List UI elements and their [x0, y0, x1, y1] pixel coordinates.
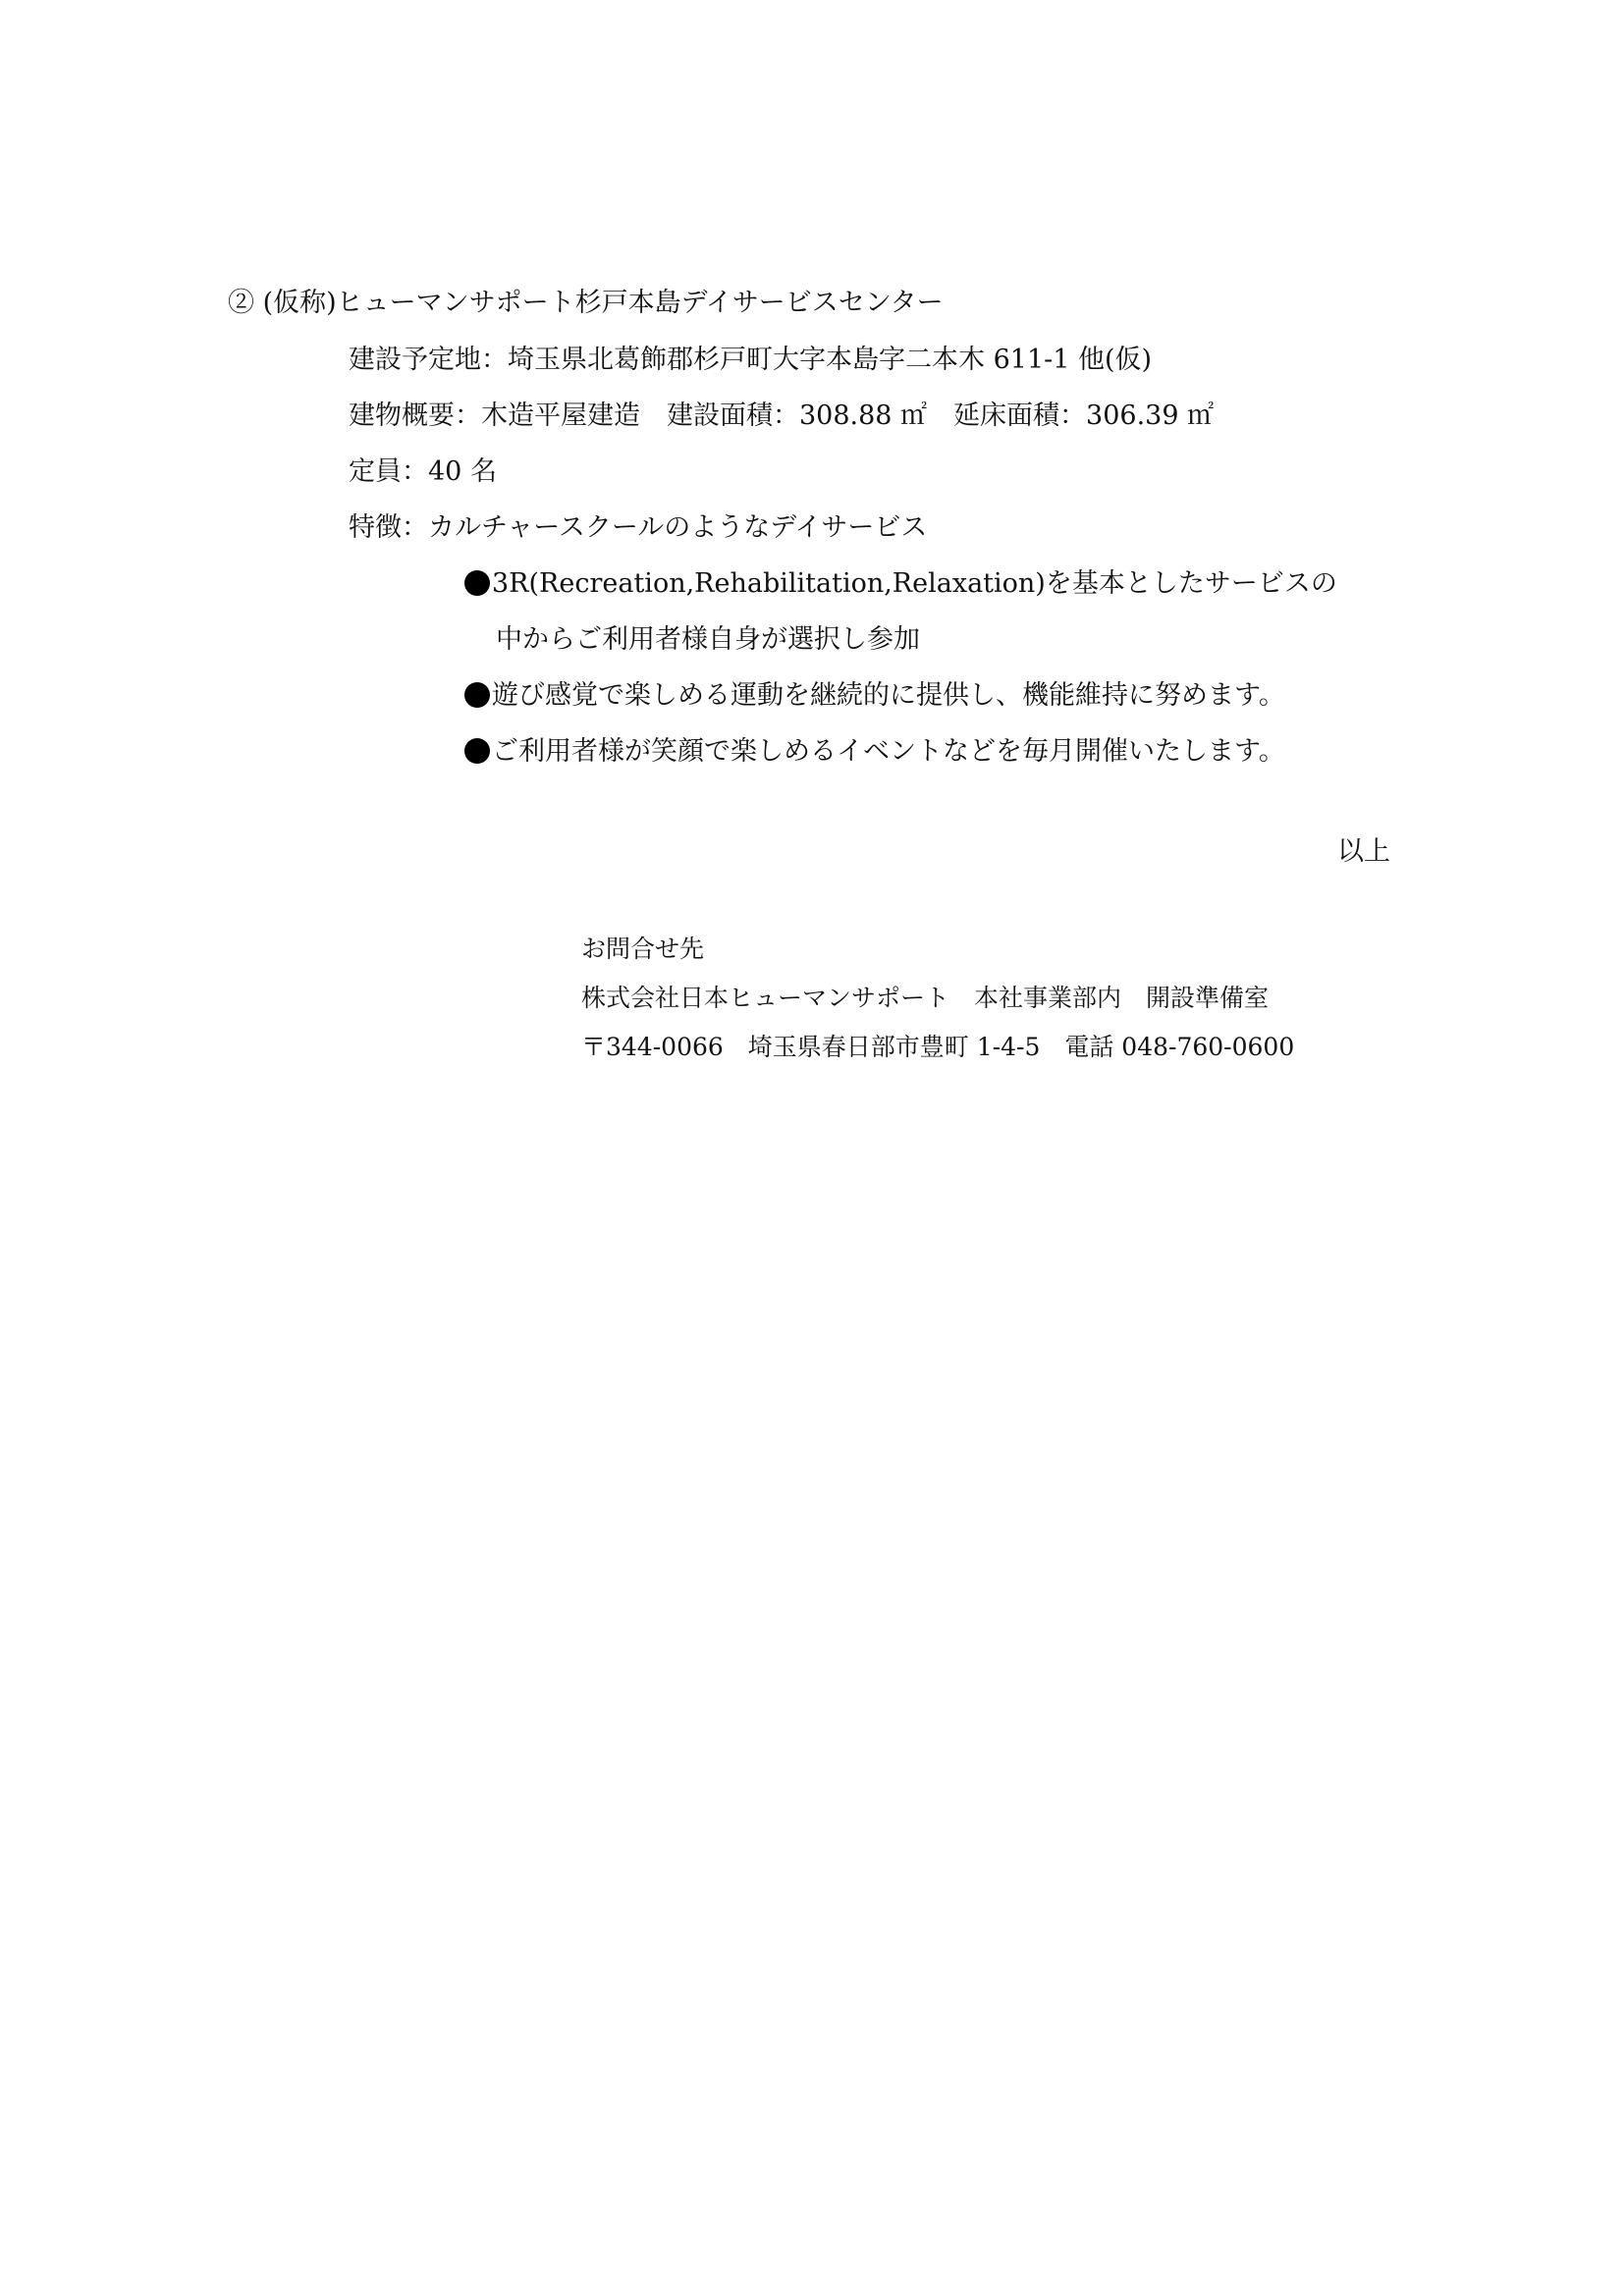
feature-bullet: 遊び感覚で楽しめる運動を継続的に提供し、機能維持に努めます。: [464, 679, 1285, 713]
bullet-text: ご利用者様が笑顔で楽しめるイベントなどを毎月開催いたします。: [492, 736, 1285, 767]
feature-bullet: ご利用者様が笑顔で楽しめるイベントなどを毎月開催いたします。: [464, 735, 1285, 769]
bullet-icon: [464, 738, 490, 764]
contact-label: お問合せ先: [581, 933, 704, 966]
feature-bullet: 3R(Recreation,Rehabilitation,Relaxation)…: [464, 567, 1337, 601]
contact-organization: 株式会社日本ヒューマンサポート 本社事業部内 開設準備室: [581, 982, 1269, 1015]
section-heading: ② (仮称)ヒューマンサポート杉戸本島デイサービスセンター: [228, 287, 944, 320]
closing-remark: 以上: [1337, 835, 1390, 869]
building-overview: 建物概要：木造平屋建造 建設面積：308.88 ㎡ 延床面積：306.39 ㎡: [349, 400, 1214, 433]
bullet-icon: [464, 570, 490, 596]
bullet-text: 遊び感覚で楽しめる運動を継続的に提供し、機能維持に努めます。: [492, 680, 1285, 711]
bullet-text: 3R(Recreation,Rehabilitation,Relaxation)…: [492, 568, 1337, 599]
capacity: 定員：40 名: [349, 455, 497, 489]
feature-bullet-continuation: 中からご利用者様自身が選択し参加: [496, 623, 920, 657]
features-label: 特徴：カルチャースクールのようなデイサービス: [349, 511, 927, 545]
contact-address: 〒344-0066 埼玉県春日部市豊町 1-4-5 電話 048-760-060…: [581, 1031, 1294, 1064]
site-location: 建設予定地：埼玉県北葛飾郡杉戸町大字本島字二本木 611-1 他(仮): [349, 344, 1152, 377]
bullet-icon: [464, 682, 490, 708]
